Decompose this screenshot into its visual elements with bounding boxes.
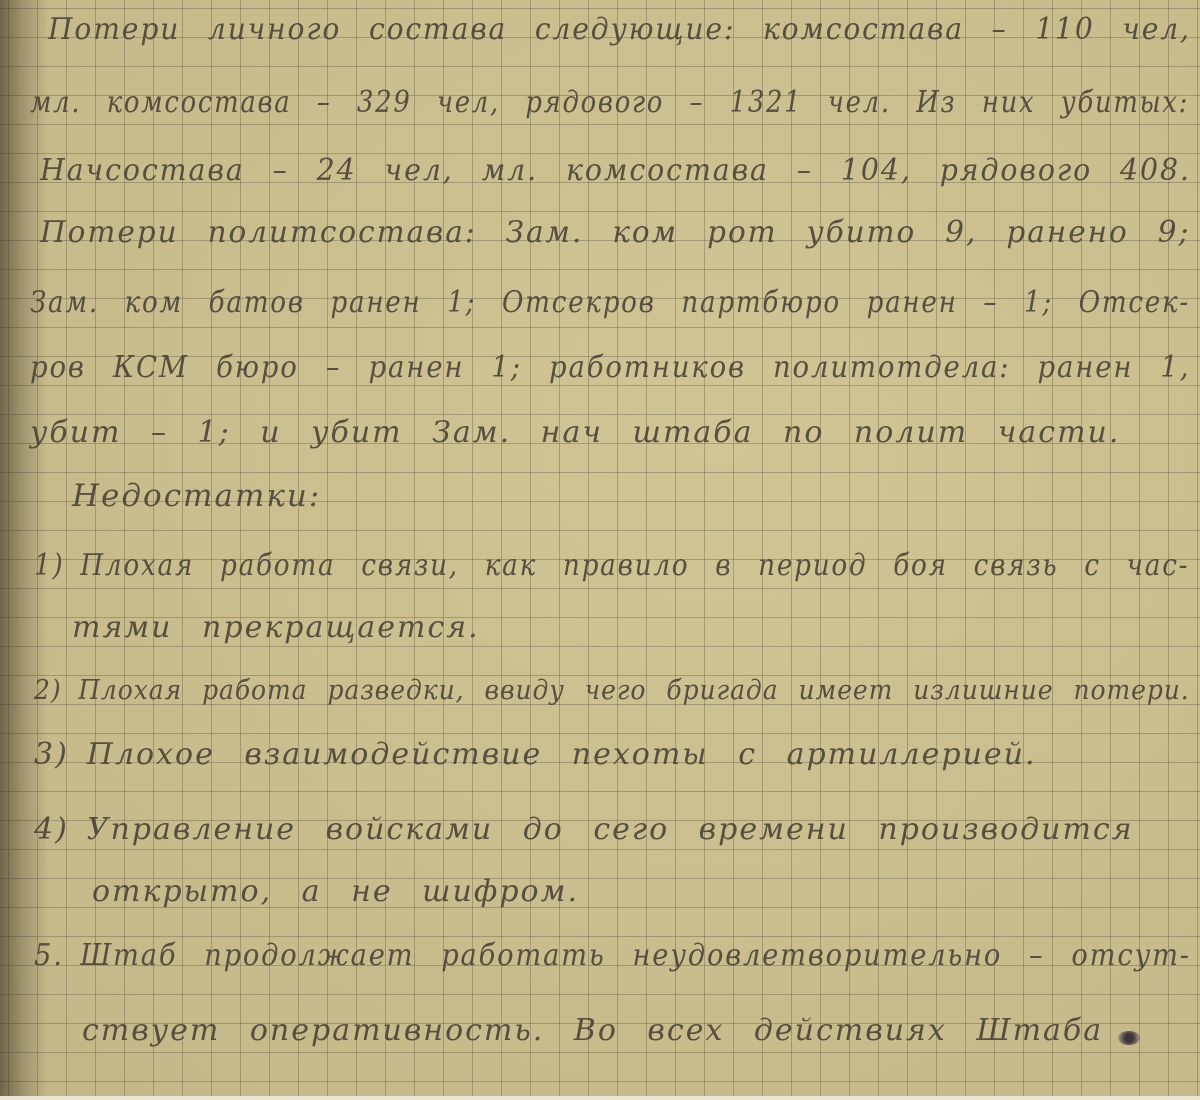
text-line-3: Начсостава – 24 чел, мл. комсостава – 10… <box>40 153 1191 188</box>
item-text: Плохая работа связи, как правило в перио… <box>80 548 1189 583</box>
text-line-6: ров КСМ бюро – ранен 1; работников полит… <box>30 350 1190 385</box>
ink-blot <box>1118 1031 1140 1045</box>
text-line-4: Потери политсостава: Зам. ком рот убито … <box>40 215 1190 250</box>
shortcoming-item-4-cont: открыто, а не шифром. <box>92 874 579 909</box>
shortcoming-item-1: 1)Плохая работа связи, как правило в пер… <box>34 548 1189 583</box>
item-number: 3) <box>34 737 69 772</box>
shortcoming-item-1-cont: тями прекращается. <box>72 610 480 645</box>
page-edge <box>0 1096 1200 1100</box>
shortcoming-item-2: 2)Плохая работа разведки, ввиду чего бри… <box>34 675 1190 706</box>
item-number: 2) <box>34 675 62 706</box>
text-line-1: Потери личного состава следующие: комсос… <box>48 12 1191 47</box>
item-number: 4) <box>34 812 69 847</box>
text-line-5: Зам. ком батов ранен 1; Отсекров партбюр… <box>30 285 1190 320</box>
item-number: 1) <box>34 548 64 583</box>
shortcoming-item-5: 5.Штаб продолжает работать неудовлетвори… <box>34 938 1191 973</box>
item-text: Плохая работа разведки, ввиду чего брига… <box>78 675 1189 706</box>
text-line-7: убит – 1; и убит Зам. нач штаба по полит… <box>30 415 1120 450</box>
text-line-2: мл. комсостава – 329 чел, рядового – 132… <box>30 85 1189 120</box>
item-text: Плохое взаимодействие пехоты с артиллери… <box>87 737 1037 772</box>
item-text: Управление войсками до сего времени прои… <box>87 812 1134 847</box>
shortcoming-item-5-cont: ствует оперативность. Во всех действиях … <box>82 1013 1103 1048</box>
item-text: Штаб продолжает работать неудовлетворите… <box>80 938 1191 973</box>
item-number: 5. <box>34 938 64 973</box>
shortcomings-heading: Недостатки: <box>72 478 321 514</box>
shortcoming-item-4: 4)Управление войсками до сего времени пр… <box>34 812 1134 847</box>
shortcoming-item-3: 3)Плохое взаимодействие пехоты с артилле… <box>34 737 1037 772</box>
